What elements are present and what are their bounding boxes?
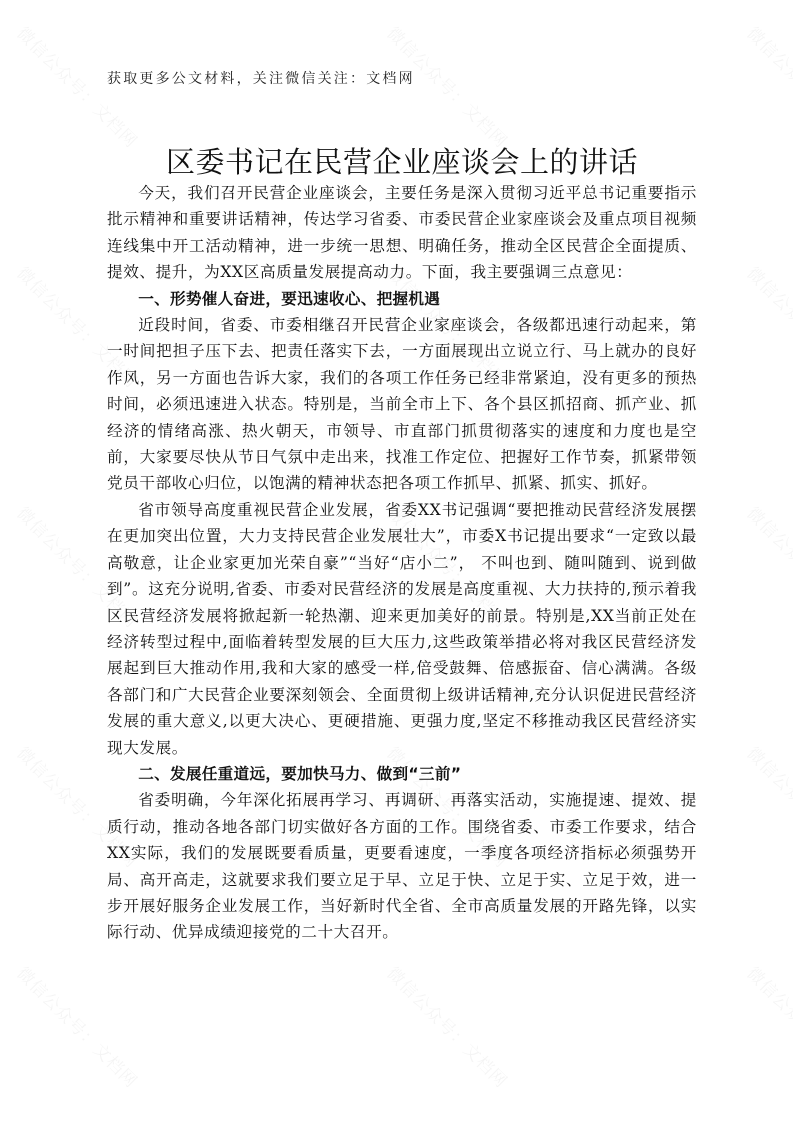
- watermark: 微信公众号：文档网: [742, 260, 793, 392]
- paragraph-intro: 今天，我们召开民营企业座谈会，主要任务是深入贯彻习近平总书记重要指示批示精神和重…: [107, 180, 697, 286]
- document-body: 今天，我们召开民营企业座谈会，主要任务是深入贯彻习近平总书记重要指示批示精神和重…: [107, 180, 697, 946]
- watermark: 微信公众号：文档网: [742, 960, 793, 1092]
- watermark: 微信公众号：文档网: [12, 960, 144, 1092]
- watermark: 微信公众号：文档网: [742, 740, 793, 872]
- header-note: 获取更多公文材料，关注微信关注：文档网: [107, 68, 415, 88]
- document-title: 区委书记在民营企业座谈会上的讲话: [107, 140, 697, 181]
- watermark: 微信公众号：文档网: [742, 20, 793, 152]
- watermark: 微信公众号：文档网: [382, 960, 514, 1092]
- paragraph: 近段时间，省委、市委相继召开民营企业家座谈会，各级都迅速行动起来，第一时间把担子…: [107, 312, 697, 497]
- paragraph: 省市领导高度重视民营企业发展，省委XX书记强调“要把推动民营经济发展摆在更加突出…: [107, 497, 697, 761]
- paragraph: 省委明确，今年深化拓展再学习、再调研、再落实活动，实施提速、提效、提质行动，推动…: [107, 787, 697, 945]
- section-heading-1: 一、形势催人奋进，要迅速收心、把握机遇: [107, 286, 697, 312]
- section-heading-2: 二、发展任重道远，要加快马力、做到“三前”: [107, 761, 697, 787]
- watermark: 微信公众号：文档网: [742, 500, 793, 632]
